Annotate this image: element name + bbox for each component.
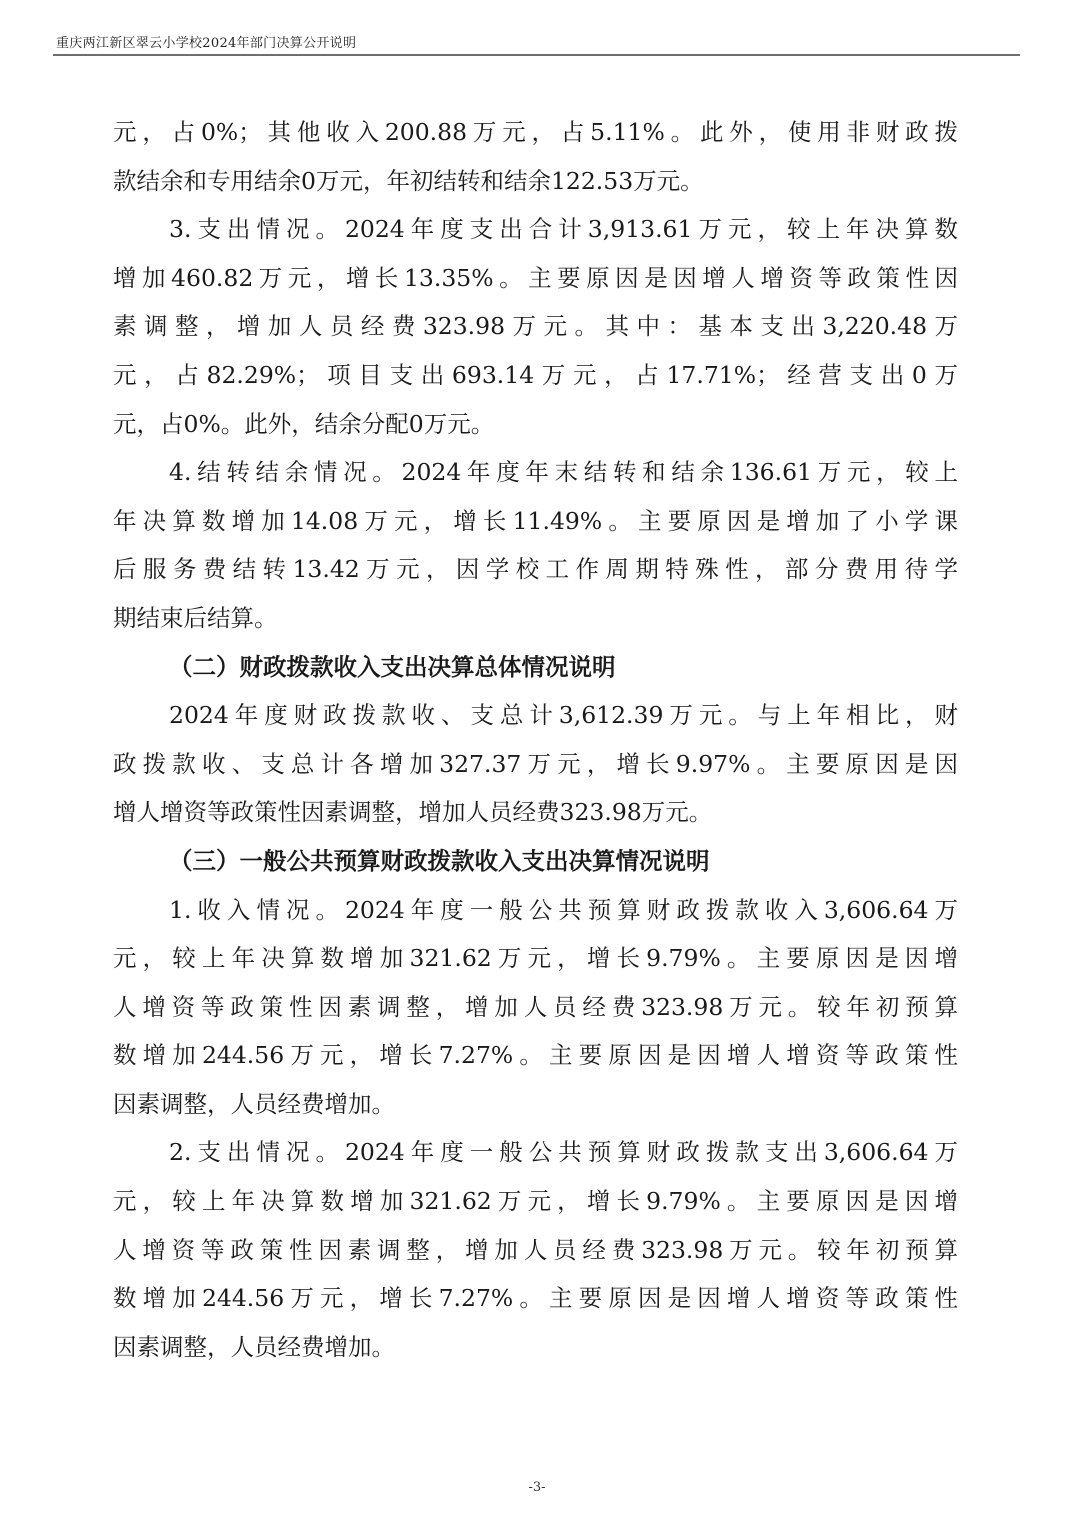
document-body: 元，占0%；其他收入200.88万元，占5.11%。此外，使用非财政拨 款结余和… [113,108,958,1371]
section-heading-3: （三）一般公共预算财政拨款收入支出决算情况说明 [113,837,958,886]
body-line: 元，较上年决算数增加321.62万元，增长9.79%。主要原因是因增 [113,934,958,983]
body-line: 后服务费结转13.42万元，因学校工作周期特殊性，部分费用待学 [113,545,958,594]
section-heading-2: （二）财政拨款收入支出决算总体情况说明 [113,643,958,692]
body-line: 政拨款收、支总计各增加327.37万元，增长9.97%。主要原因是因 [113,740,958,789]
body-line: 人增资等政策性因素调整，增加人员经费323.98万元。较年初预算 [113,983,958,1032]
body-line: 款结余和专用结余0万元，年初结转和结余122.53万元。 [113,157,958,206]
body-line: 数增加244.56万元，增长7.27%。主要原因是因增人增资等政策性 [113,1274,958,1323]
body-line: 元，占0%。此外，结余分配0万元。 [113,400,958,449]
body-line: 年决算数增加14.08万元，增长11.49%。主要原因是增加了小学课 [113,497,958,546]
body-line: 增加460.82万元，增长13.35%。主要原因是因增人增资等政策性因 [113,254,958,303]
body-line: 人增资等政策性因素调整，增加人员经费323.98万元。较年初预算 [113,1226,958,1275]
page-number: -3- [0,1480,1074,1495]
paragraph-spending-start: 2.支出情况。2024年度一般公共预算财政拨款支出3,606.64万 [113,1128,958,1177]
paragraph-fiscal-total-start: 2024年度财政拨款收、支总计3,612.39万元。与上年相比，财 [113,691,958,740]
body-line: 因素调整，人员经费增加。 [113,1080,958,1129]
body-line: 元，占0%；其他收入200.88万元，占5.11%。此外，使用非财政拨 [113,108,958,157]
body-line: 元，占82.29%；项目支出693.14万元，占17.71%；经营支出0万 [113,351,958,400]
body-line: 增人增资等政策性因素调整，增加人员经费323.98万元。 [113,788,958,837]
paragraph-carryover-start: 4.结转结余情况。2024年度年末结转和结余136.61万元，较上 [113,448,958,497]
body-line: 元，较上年决算数增加321.62万元，增长9.79%。主要原因是因增 [113,1177,958,1226]
paragraph-expenditure-start: 3.支出情况。2024年度支出合计3,913.61万元，较上年决算数 [113,205,958,254]
paragraph-income-start: 1.收入情况。2024年度一般公共预算财政拨款收入3,606.64万 [113,886,958,935]
body-line: 数增加244.56万元，增长7.27%。主要原因是因增人增资等政策性 [113,1031,958,1080]
body-line: 素调整，增加人员经费323.98万元。其中：基本支出3,220.48万 [113,302,958,351]
body-line: 期结束后结算。 [113,594,958,643]
body-line: 因素调整，人员经费增加。 [113,1323,958,1372]
document-running-title: 重庆两江新区翠云小学校2024年部门决算公开说明 [56,32,356,51]
page-header: 重庆两江新区翠云小学校2024年部门决算公开说明 [53,28,1020,56]
